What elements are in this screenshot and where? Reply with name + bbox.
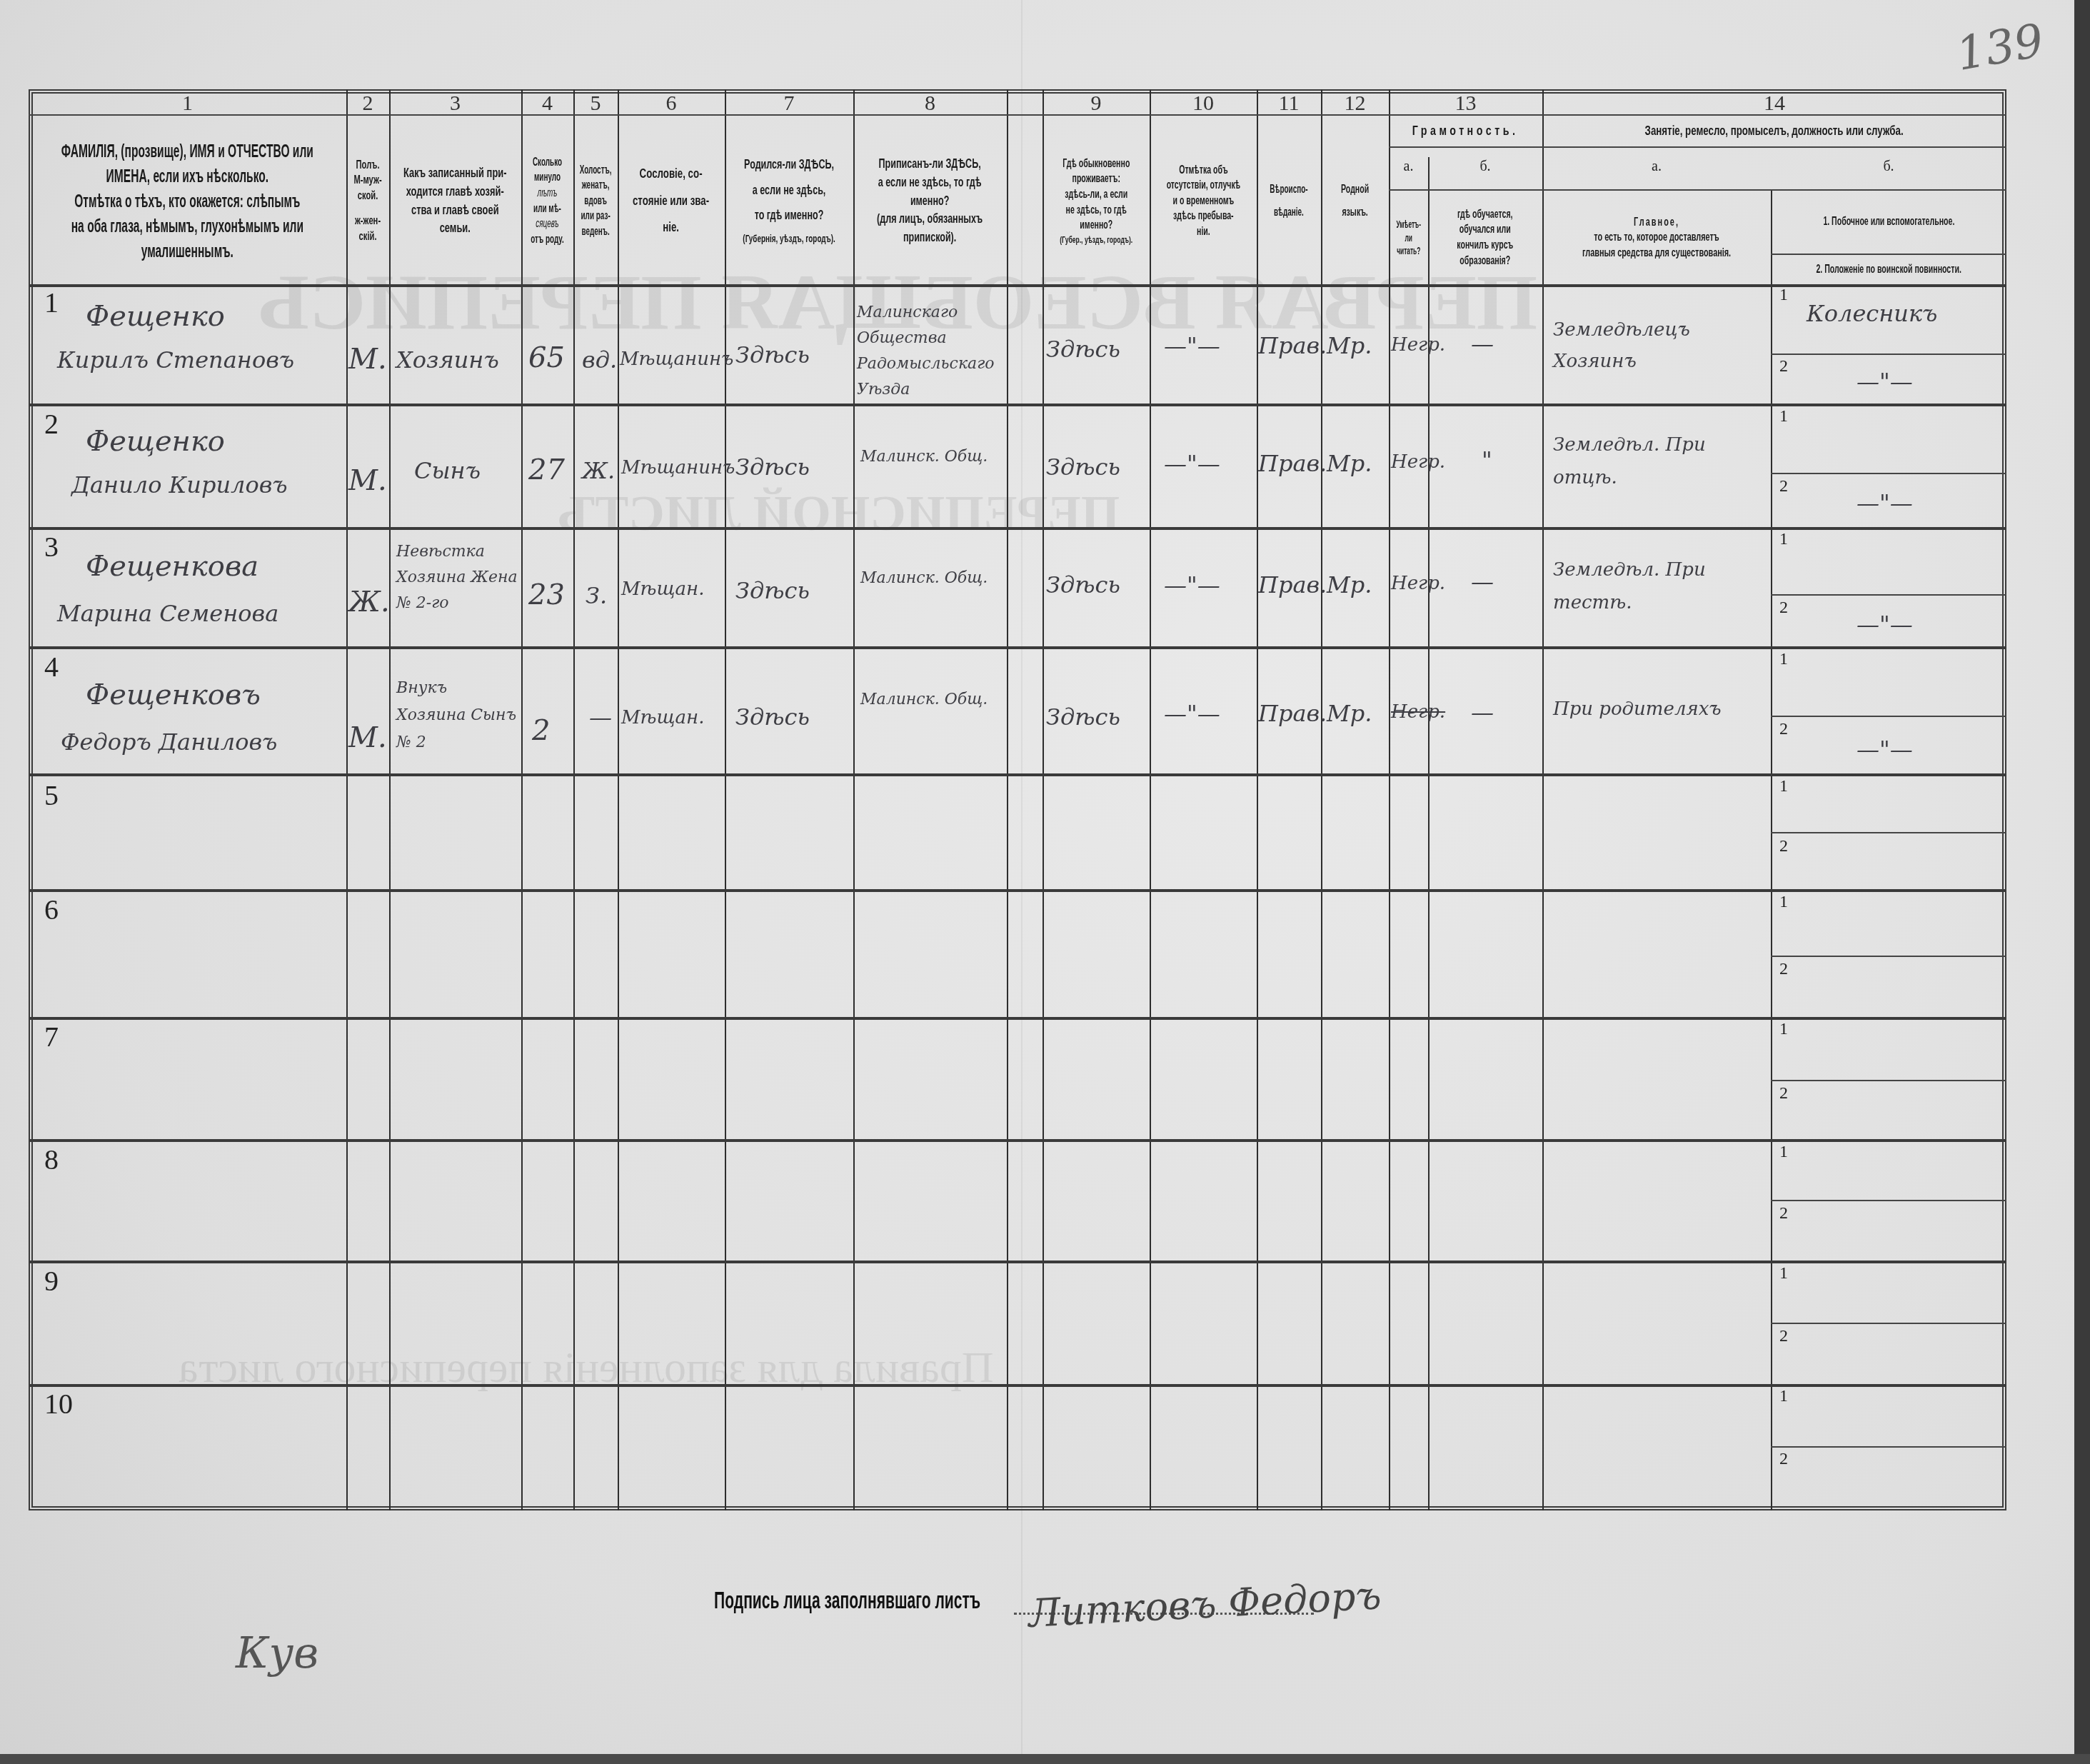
header-col-3: Какъ записанный при- ходится главѣ хозяй… <box>389 118 521 284</box>
entry-given-name: Данило Кириловъ <box>71 471 288 498</box>
entry-education: — <box>1471 568 1494 595</box>
entry-born: Здѣсь <box>735 577 810 604</box>
column-number: 13 <box>1389 91 1542 116</box>
row-number: 5 <box>44 778 59 812</box>
entry-marital: З. <box>586 582 607 609</box>
header-line: Сословіе, со- <box>633 165 709 184</box>
column-number: 5 <box>573 91 618 116</box>
census-table-frame <box>29 89 2006 1510</box>
entry-absence: —"— <box>1164 571 1220 598</box>
literacy-title: Грамотность. <box>1412 122 1519 141</box>
header-line: читать? <box>1396 244 1421 258</box>
header-line: лѣтъ <box>531 186 563 201</box>
entry-resides: Здѣсь <box>1046 453 1120 481</box>
subrow-label: 1 <box>1779 650 1788 669</box>
col-divider <box>1771 189 1772 1510</box>
entry-literate: Негр. <box>1391 701 1445 723</box>
entry-surname: Фещенковъ <box>86 678 261 711</box>
subrow-label: 2 <box>1779 720 1788 739</box>
header-line: не здѣсь, то гдѣ <box>1060 203 1132 219</box>
col-divider <box>346 89 348 1510</box>
entry-religion: Прав. <box>1258 332 1327 359</box>
subrow-label: 1 <box>1779 893 1788 912</box>
subrow-label: 1 <box>1779 1387 1788 1406</box>
header-line: то гдѣ именно? <box>743 206 835 225</box>
column-number: 10 <box>1150 91 1257 116</box>
subrow-label: 1 <box>1779 1143 1788 1162</box>
entry-relation: Хозяинъ <box>396 346 499 374</box>
entry-military: —"— <box>1857 489 1913 516</box>
header-line: Вѣроиспо- <box>1270 182 1307 198</box>
entry-sex: М. <box>348 721 387 754</box>
subrow-rule <box>1771 594 2006 596</box>
column-number: 14 <box>1542 91 2006 116</box>
header-col-11: Вѣроиспо- вѣданіе. <box>1257 118 1321 284</box>
entry-military: —"— <box>1857 611 1913 638</box>
header-col-14a: Главное, то есть то, которое доставляетъ… <box>1542 191 1771 284</box>
header-line: или раз- <box>580 209 612 224</box>
col-divider <box>1542 89 1544 1510</box>
header-line: а если не здѣсь, то гдѣ <box>878 174 983 192</box>
header-col-9: Гдѣ обыкновенно проживаетъ: здѣсь-ли, а … <box>1043 118 1150 284</box>
header-line: обучался или <box>1457 222 1514 238</box>
subcol-label: а. <box>1542 159 1771 175</box>
entry-absence: —"— <box>1164 700 1220 727</box>
scan-edge-bottom <box>0 1754 2090 1764</box>
header-line: на оба глаза, нѣмымъ, глухонѣмымъ или <box>61 214 313 239</box>
column-number: 2 <box>346 91 389 116</box>
header-col-10: Отмѣтка объ отсутствіи, отлучкѣ и о врем… <box>1150 118 1257 284</box>
header-col-1: ФАМИЛІЯ, (прозвище), ИМЯ и ОТЧЕСТВО или … <box>29 118 346 284</box>
header-line: Какъ записанный при- <box>403 164 507 183</box>
col-divider <box>1043 89 1044 1510</box>
column-number: 3 <box>389 91 521 116</box>
row-number: 7 <box>44 1020 59 1053</box>
header-line: отсутствіи, отлучкѣ <box>1166 178 1240 194</box>
entry-surname: Фещенко <box>86 425 225 458</box>
entry-marital: — <box>589 703 612 731</box>
header-line: ской. <box>353 189 381 204</box>
row-rule <box>29 1384 2006 1387</box>
col-divider <box>853 89 855 1510</box>
entry-sex: Ж. <box>348 586 390 618</box>
entry-language: Мр. <box>1327 571 1372 598</box>
header-line: Умѣетъ- <box>1396 218 1421 231</box>
header-line: именно? <box>878 192 983 211</box>
entry-occupation-main: При родителяхъ <box>1553 698 1722 720</box>
subrow-rule <box>1771 956 2006 957</box>
entry-estate: Мѣщан. <box>621 578 704 600</box>
header-line: веденъ. <box>580 224 612 240</box>
header-line: здѣсь пребыва- <box>1166 209 1240 224</box>
col-divider <box>573 89 575 1510</box>
header-line: (Губернія, уѣздъ, городъ). <box>743 232 835 246</box>
subrow-label: 2 <box>1779 837 1788 856</box>
row-rule <box>29 1261 2006 1263</box>
occupation-title: Занятіе, ремесло, промыселъ, должность и… <box>1645 122 1904 141</box>
column-number: 8 <box>853 91 1007 116</box>
header-line: ства и главѣ своей <box>403 201 507 220</box>
row-number: 8 <box>44 1143 59 1176</box>
header-line: образованія? <box>1457 254 1514 269</box>
subrow-label: 2 <box>1779 357 1788 376</box>
entry-sex: М. <box>348 343 387 376</box>
row-rule <box>29 773 2006 776</box>
col-divider <box>1257 89 1258 1510</box>
col-divider <box>1389 89 1390 1510</box>
entry-literate: Негр. <box>1391 573 1445 594</box>
header-line: умалишеннымъ. <box>61 239 313 264</box>
col-divider <box>521 89 523 1510</box>
entry-surname: Фещенко <box>86 300 225 333</box>
col-divider <box>1150 89 1151 1510</box>
header-line: Холостъ, <box>580 163 612 179</box>
group-rule <box>1389 146 2006 148</box>
col-divider <box>1428 157 1430 1510</box>
subrow-label: 1 <box>1779 407 1788 426</box>
entry-education: " <box>1482 446 1492 473</box>
header-line: проживаетъ: <box>1060 171 1132 187</box>
entry-occupation-aux: Колесникъ <box>1807 300 1937 327</box>
subrow-rule <box>1771 716 2006 717</box>
header-line: языкъ. <box>1341 205 1369 221</box>
header-col-6: Сословіе, со- стояніе или зва- ніе. <box>618 118 725 284</box>
entry-registered: Малинск. Общ. <box>860 564 1003 593</box>
header-line: (для лицъ, обязанныхъ <box>878 210 983 229</box>
header-line: (Губер., уѣздъ, городъ). <box>1060 234 1132 246</box>
entry-estate: Мѣщан. <box>621 707 704 728</box>
entry-surname: Фещенкова <box>86 550 258 583</box>
entry-language: Мр. <box>1327 450 1372 477</box>
row-rule <box>29 284 2006 287</box>
header-col-12: Родной языкъ. <box>1321 118 1389 284</box>
header-line: Родной <box>1341 182 1369 198</box>
header-line: гдѣ обучается, <box>1457 207 1514 223</box>
entry-age: 65 <box>528 341 565 374</box>
entry-education: — <box>1471 330 1494 357</box>
header-line: 1. Побочное или вспомогательное. <box>1823 214 1954 230</box>
entry-military: —"— <box>1857 736 1913 763</box>
header-line: скій. <box>353 229 381 245</box>
row-number: 4 <box>44 650 59 683</box>
column-number: 7 <box>725 91 853 116</box>
entry-born: Здѣсь <box>735 341 810 369</box>
header-line: ли <box>1396 231 1421 245</box>
subrow-label: 1 <box>1779 1264 1788 1283</box>
row-rule <box>29 646 2006 649</box>
entry-born: Здѣсь <box>735 703 810 731</box>
header-line: ФАМИЛІЯ, (прозвище), ИМЯ и ОТЧЕСТВО или <box>61 139 313 164</box>
entry-given-name: Федоръ Даниловъ <box>61 728 277 756</box>
entry-marital: вд. <box>582 346 617 374</box>
subrow-label: 2 <box>1779 1327 1788 1346</box>
subcol-label: б. <box>1771 159 2006 175</box>
subrow-rule <box>1771 832 2006 833</box>
subrow-label: 1 <box>1779 286 1788 305</box>
subrow-label: 1 <box>1779 777 1788 796</box>
subcol-label: а. <box>1389 159 1428 175</box>
header-line: кончилъ курсъ <box>1457 238 1514 254</box>
row-number: 10 <box>44 1387 73 1420</box>
entry-literate: Негр. <box>1391 451 1445 473</box>
entry-born: Здѣсь <box>735 453 810 481</box>
header-line: сяцевъ <box>531 216 563 232</box>
col-divider <box>725 89 726 1510</box>
entry-age: 2 <box>532 714 550 747</box>
header-col-4: Сколько минуло лѣтъ или мѣ- сяцевъ отъ р… <box>521 118 573 284</box>
header-col-2: Полъ. М-муж- ской. ж-жен- скій. <box>346 118 389 284</box>
row-number: 2 <box>44 407 59 441</box>
subrow-label: 1 <box>1779 530 1788 549</box>
col-divider <box>389 89 391 1510</box>
subrow-label: 1 <box>1779 1020 1788 1039</box>
header-line: главныя средства для существованія. <box>1582 246 1731 261</box>
header-line: отъ роду. <box>531 232 563 248</box>
entry-religion: Прав. <box>1258 450 1327 477</box>
entry-age: 27 <box>528 453 565 486</box>
entry-resides: Здѣсь <box>1046 336 1120 363</box>
header-col-13a: Умѣетъ- ли читать? <box>1389 191 1428 284</box>
header-col-13b: гдѣ обучается, обучался или кончилъ курс… <box>1428 191 1542 284</box>
entry-language: Мр. <box>1327 332 1372 359</box>
row-number: 9 <box>44 1264 59 1298</box>
entry-military: —"— <box>1857 368 1913 395</box>
row-rule <box>29 404 2006 406</box>
header-col-5: Холостъ, женатъ, вдовъ или раз- веденъ. <box>573 118 618 284</box>
header-line: Главное, <box>1582 215 1731 231</box>
subrow-rule <box>1771 473 2006 474</box>
header-line: Сколько <box>531 155 563 171</box>
subrow-rule <box>1771 1080 2006 1081</box>
entry-relation: Невѣстка Хозяина Жена № 2-го <box>396 539 518 616</box>
header-col-13-title: Грамотность. <box>1389 116 1542 146</box>
column-number: 6 <box>618 91 725 116</box>
subrow-label: 2 <box>1779 1204 1788 1223</box>
subrow-rule <box>1771 1200 2006 1201</box>
header-col-8: Приписанъ-ли ЗДѢСЬ, а если не здѣсь, то … <box>853 118 1007 284</box>
entry-absence: —"— <box>1164 332 1220 359</box>
header-line: и о временномъ <box>1166 194 1240 209</box>
header-line: минуло <box>531 170 563 186</box>
header-line: Родился-ли ЗДѢСЬ, <box>743 156 835 174</box>
entry-language: Мр. <box>1327 700 1372 727</box>
header-line: здѣсь-ли, а если <box>1060 187 1132 203</box>
entry-occupation-main: Земледѣл. При отцѣ. <box>1553 429 1760 494</box>
entry-marital: Ж. <box>582 457 615 484</box>
header-line: ніе. <box>633 219 709 237</box>
entry-absence: —"— <box>1164 450 1220 477</box>
entry-given-name: Марина Семенова <box>57 600 278 627</box>
row-number: 6 <box>44 893 59 926</box>
entry-estate: Мѣщанинъ <box>621 457 735 478</box>
entry-registered: Малинск. Общ. <box>860 686 1003 714</box>
column-number: 12 <box>1321 91 1389 116</box>
header-line: 2. Положеніе по воинской повинности. <box>1816 262 1961 278</box>
subrow-rule <box>1771 354 2006 355</box>
entry-occupation-main: Земледѣл. При тестѣ. <box>1553 553 1760 619</box>
subrow-label: 2 <box>1779 1084 1788 1103</box>
header-line: ходится главѣ хозяй- <box>403 183 507 201</box>
column-number: 9 <box>1043 91 1150 116</box>
header-line: вѣданіе. <box>1270 205 1307 221</box>
subrow-label: 2 <box>1779 477 1788 496</box>
header-line: Гдѣ обыкновенно <box>1060 156 1132 172</box>
header-line: Полъ. <box>353 158 381 174</box>
scan-edge-right <box>2074 0 2090 1764</box>
row-number: 1 <box>44 286 59 319</box>
header-line: ж-жен- <box>353 214 381 229</box>
header-line: стояніе или зва- <box>633 192 709 211</box>
entry-relation: Сынъ <box>414 457 481 484</box>
column-number: 11 <box>1257 91 1321 116</box>
subcol-label: б. <box>1428 159 1542 175</box>
entry-literate: Негр. <box>1391 334 1445 356</box>
subrow-label: 2 <box>1779 598 1788 618</box>
entry-resides: Здѣсь <box>1046 703 1120 731</box>
header-col-14-title: Занятіе, ремесло, промыселъ, должность и… <box>1542 116 2006 146</box>
subrow-rule <box>1771 1323 2006 1324</box>
entry-given-name: Кирилъ Степановъ <box>57 346 294 374</box>
header-line: то есть то, которое доставляетъ <box>1582 230 1731 246</box>
header-line: или мѣ- <box>531 201 563 217</box>
entry-registered: Малинскаго Общества Радомысльскаго Уѣзда <box>857 300 1003 403</box>
entry-age: 23 <box>528 578 565 611</box>
header-col-14b-1: 1. Побочное или вспомогательное. <box>1771 191 2006 252</box>
entry-relation: Внукъ Хозяина Сынъ № 2 <box>396 675 518 756</box>
header-line: ніи. <box>1166 224 1240 240</box>
subrow-label: 2 <box>1779 960 1788 979</box>
header-line: Отмѣтка объ <box>1166 163 1240 179</box>
header-line: именно? <box>1060 218 1132 234</box>
entry-registered: Малинск. Общ. <box>860 443 1003 471</box>
header-col-7: Родился-ли ЗДѢСЬ, а если не здѣсь, то гд… <box>725 118 853 284</box>
entry-education: — <box>1471 698 1494 726</box>
header-line: ИМЕНА, если ихъ нѣсколько. <box>61 164 313 189</box>
header-line: женатъ, <box>580 178 612 194</box>
entry-resides: Здѣсь <box>1046 571 1120 598</box>
entry-sex: М. <box>348 464 387 497</box>
entry-religion: Прав. <box>1258 700 1327 727</box>
subrow-label: 2 <box>1779 1450 1788 1469</box>
header-line: а если не здѣсь, <box>743 181 835 200</box>
header-line: Отмѣтка о тѣхъ, кто окажется: слѣпымъ <box>61 189 313 214</box>
row-number: 3 <box>44 530 59 563</box>
col-divider <box>618 89 619 1510</box>
column-number: 4 <box>521 91 573 116</box>
header-col-14b-2: 2. Положеніе по воинской повинности. <box>1771 256 2006 284</box>
entry-religion: Прав. <box>1258 571 1327 598</box>
header-line: семьи. <box>403 219 507 238</box>
row-rule <box>29 1139 2006 1142</box>
header-line: М-муж- <box>353 173 381 189</box>
margin-initials: Кув <box>236 1628 318 1678</box>
entry-estate: Мѣщанинъ <box>620 349 733 370</box>
col-divider <box>1007 89 1008 1510</box>
header-line: Приписанъ-ли ЗДѢСЬ, <box>878 155 983 174</box>
header-line: вдовъ <box>580 194 612 209</box>
occ-b-split-rule <box>1771 254 2006 255</box>
signature-label: Подпись лица заполнявшаго листъ <box>714 1587 980 1615</box>
col-divider <box>1321 89 1322 1510</box>
header-line: припиской). <box>878 229 983 247</box>
subrow-rule <box>1771 1446 2006 1448</box>
column-number: 1 <box>29 91 346 116</box>
subgroup-rule <box>1389 189 2006 191</box>
row-rule <box>29 889 2006 892</box>
row-rule <box>29 527 2006 530</box>
entry-occupation-main: Земледѣлецъ Хозяинъ <box>1553 314 1760 377</box>
row-rule <box>29 1017 2006 1020</box>
